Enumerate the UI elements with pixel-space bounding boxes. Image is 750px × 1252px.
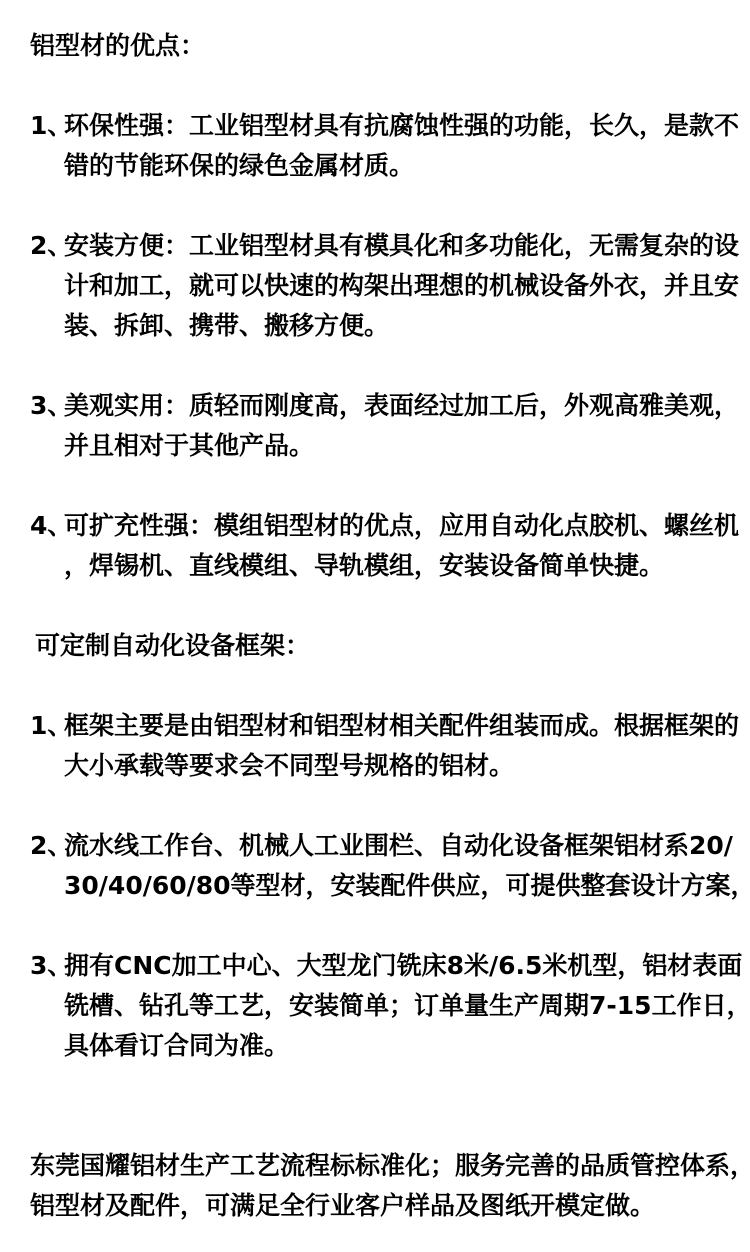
list-item: 1、 环保性强：工业铝型材具有抗腐蚀性强的功能，长久，是款不 错的节能环保的绿色… bbox=[30, 106, 720, 186]
text-line: 安装方便：工业铝型材具有模具化和多功能化，无需复杂的设 bbox=[64, 226, 720, 266]
document-page: 铝型材的优点： 1、 环保性强：工业铝型材具有抗腐蚀性强的功能，长久，是款不 错… bbox=[0, 0, 750, 1252]
section-custom-frames-heading: 可定制自动化设备框架： bbox=[30, 626, 720, 666]
text-line: 30/40/60/80等型材，安装配件供应，可提供整套设计方案， bbox=[64, 866, 720, 906]
text-line: 计和加工，就可以快速的构架出理想的机械设备外衣，并且安 bbox=[64, 266, 720, 306]
item-number: 3、 bbox=[30, 946, 64, 986]
item-number: 1、 bbox=[30, 706, 64, 746]
section-custom-frames: 可定制自动化设备框架： 1、 框架主要是由铝型材和铝型材相关配件组装而成。根据框… bbox=[30, 626, 720, 1066]
item-number: 3、 bbox=[30, 386, 64, 426]
list-item: 4、 可扩充性强：模组铝型材的优点，应用自动化点胶机、螺丝机 ，焊锡机、直线模组… bbox=[30, 506, 720, 586]
item-text: 可扩充性强：模组铝型材的优点，应用自动化点胶机、螺丝机 ，焊锡机、直线模组、导轨… bbox=[64, 506, 720, 586]
item-text: 安装方便：工业铝型材具有模具化和多功能化，无需复杂的设 计和加工，就可以快速的构… bbox=[64, 226, 720, 346]
list-item: 1、 框架主要是由铝型材和铝型材相关配件组装而成。根据框架的 大小承载等要求会不… bbox=[30, 706, 720, 786]
text-line: 流水线工作台、机械人工业围栏、自动化设备框架铝材系20/ bbox=[64, 826, 720, 866]
item-number: 4、 bbox=[30, 506, 64, 546]
text-line: 环保性强：工业铝型材具有抗腐蚀性强的功能，长久，是款不 bbox=[64, 106, 720, 146]
text-line: 东莞国耀铝材生产工艺流程标标准化；服务完善的品质管控体系， bbox=[30, 1146, 720, 1186]
text-line: 拥有CNC加工中心、大型龙门铣床8米/6.5米机型，铝材表面 bbox=[64, 946, 720, 986]
item-text: 拥有CNC加工中心、大型龙门铣床8米/6.5米机型，铝材表面 铣槽、钻孔等工艺，… bbox=[64, 946, 720, 1066]
text-line: 大小承载等要求会不同型号规格的铝材。 bbox=[64, 746, 720, 786]
list-item: 2、 流水线工作台、机械人工业围栏、自动化设备框架铝材系20/ 30/40/60… bbox=[30, 826, 720, 906]
item-text: 环保性强：工业铝型材具有抗腐蚀性强的功能，长久，是款不 错的节能环保的绿色金属材… bbox=[64, 106, 720, 186]
text-line: 并且相对于其他产品。 bbox=[64, 426, 720, 466]
text-line: 铣槽、钻孔等工艺，安装简单；订单量生产周期7-15工作日， bbox=[64, 986, 720, 1026]
item-number: 2、 bbox=[30, 826, 64, 866]
item-text: 流水线工作台、机械人工业围栏、自动化设备框架铝材系20/ 30/40/60/80… bbox=[64, 826, 720, 906]
item-number: 1、 bbox=[30, 106, 64, 146]
text-line: ，焊锡机、直线模组、导轨模组，安装设备简单快捷。 bbox=[64, 546, 720, 586]
text-line: 可扩充性强：模组铝型材的优点，应用自动化点胶机、螺丝机 bbox=[64, 506, 720, 546]
text-line: 美观实用：质轻而刚度高，表面经过加工后，外观高雅美观， bbox=[64, 386, 720, 426]
footer-paragraph: 东莞国耀铝材生产工艺流程标标准化；服务完善的品质管控体系， 铝型材及配件，可满足… bbox=[30, 1146, 720, 1226]
list-item: 2、 安装方便：工业铝型材具有模具化和多功能化，无需复杂的设 计和加工，就可以快… bbox=[30, 226, 720, 346]
text-line: 具体看订合同为准。 bbox=[64, 1026, 720, 1066]
text-line: 错的节能环保的绿色金属材质。 bbox=[64, 146, 720, 186]
section-advantages: 铝型材的优点： 1、 环保性强：工业铝型材具有抗腐蚀性强的功能，长久，是款不 错… bbox=[30, 26, 720, 586]
list-item: 3、 美观实用：质轻而刚度高，表面经过加工后，外观高雅美观， 并且相对于其他产品… bbox=[30, 386, 720, 466]
text-line: 铝型材及配件，可满足全行业客户样品及图纸开模定做。 bbox=[30, 1186, 720, 1226]
list-item: 3、 拥有CNC加工中心、大型龙门铣床8米/6.5米机型，铝材表面 铣槽、钻孔等… bbox=[30, 946, 720, 1066]
section-advantages-heading: 铝型材的优点： bbox=[30, 26, 720, 66]
item-text: 美观实用：质轻而刚度高，表面经过加工后，外观高雅美观， 并且相对于其他产品。 bbox=[64, 386, 720, 466]
item-number: 2、 bbox=[30, 226, 64, 266]
text-line: 框架主要是由铝型材和铝型材相关配件组装而成。根据框架的 bbox=[64, 706, 720, 746]
text-line: 装、拆卸、携带、搬移方便。 bbox=[64, 306, 720, 346]
item-text: 框架主要是由铝型材和铝型材相关配件组装而成。根据框架的 大小承载等要求会不同型号… bbox=[64, 706, 720, 786]
